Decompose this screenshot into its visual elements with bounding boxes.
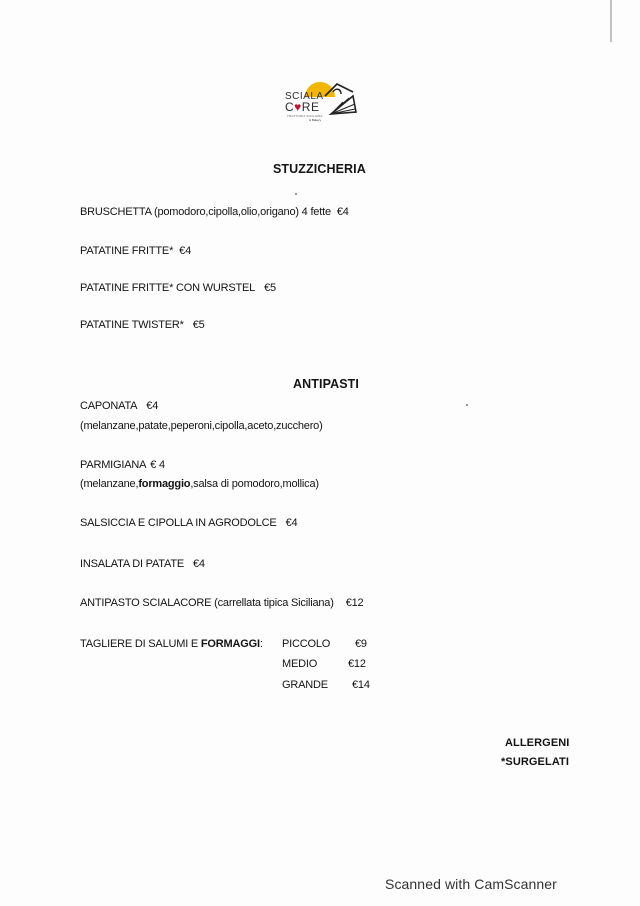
item-price: €4 (146, 400, 158, 412)
item-name: PATATINE TWISTER* (80, 319, 184, 331)
menu-item-salsiccia: SALSICCIA E CIPOLLA IN AGRODOLCE€4 (80, 517, 297, 529)
menu-item-patatine-wurstel: PATATINE FRITTE* CON WURSTEL€5 (80, 282, 276, 294)
restaurant-logo: SCIALA C♥RE TRATTORIA SICILIANA & Bakery (283, 80, 363, 130)
item-price: €5 (193, 319, 205, 331)
menu-item-insalata-patate: INSALATA DI PATATE€4 (80, 558, 205, 570)
allergen-highlight: formaggio (138, 478, 190, 490)
item-price: €4 (193, 558, 205, 570)
item-name: BRUSCHETTA (pomodoro,cipolla,olio,origan… (80, 206, 331, 218)
item-name: PATATINE FRITTE* CON WURSTEL (80, 282, 255, 294)
item-name: INSALATA DI PATATE (80, 558, 184, 570)
item-name: SALSICCIA E CIPOLLA IN AGRODOLCE (80, 517, 277, 529)
logo-letters: RE (302, 100, 320, 114)
speck (295, 193, 297, 195)
caponata-description: (melanzane,patate,peperoni,cipolla,aceto… (80, 420, 323, 432)
item-name: PATATINE FRITTE* (80, 245, 173, 257)
menu-item-bruschetta: BRUSCHETTA (pomodoro,cipolla,olio,origan… (80, 206, 349, 218)
menu-item-patatine-fritte: PATATINE FRITTE*€4 (80, 245, 191, 257)
legend-allergeni: ALLERGENI (505, 737, 569, 749)
item-name: : (260, 638, 263, 650)
logo-letter: C (285, 100, 294, 114)
item-price: €12 (346, 597, 364, 609)
tagliere-size-grande: GRANDE (282, 679, 328, 691)
tagliere-size-medio: MEDIO (282, 658, 317, 670)
parmigiana-description: (melanzane,formaggio,salsa di pomodoro,m… (80, 478, 319, 490)
menu-item-parmigiana: PARMIGIANA€ 4 (80, 459, 165, 471)
tagliere-price-medio: €12 (348, 658, 366, 670)
item-name: TAGLIERE DI SALUMI E (80, 638, 201, 650)
item-price: €5 (264, 282, 276, 294)
allergen-highlight: FORMAGGI (201, 638, 260, 650)
tagliere-price-piccolo: €9 (355, 638, 367, 650)
item-name: PARMIGIANA (80, 459, 146, 471)
scan-edge (610, 0, 612, 42)
camscanner-watermark: Scanned with CamScanner (385, 876, 557, 892)
section-title-stuzzicheria: STUZZICHERIA (273, 162, 366, 176)
desc-text: ,salsa di pomodoro,mollica) (190, 478, 319, 490)
menu-page: SCIALA C♥RE TRATTORIA SICILIANA & Bakery… (0, 0, 640, 906)
item-name: CAPONATA (80, 400, 137, 412)
section-title-antipasti: ANTIPASTI (293, 377, 359, 391)
tagliere-size-piccolo: PICCOLO (282, 638, 330, 650)
logo-sub: & Bakery (309, 118, 321, 122)
item-price: € 4 (150, 459, 165, 471)
menu-item-antipasto-scialacore: ANTIPASTO SCIALACORE (carrellata tipica … (80, 597, 363, 609)
heart-icon: ♥ (294, 100, 302, 114)
item-name: ANTIPASTO SCIALACORE (carrellata tipica … (80, 597, 334, 609)
item-price: €4 (179, 245, 191, 257)
item-price: €4 (286, 517, 298, 529)
menu-item-tagliere: TAGLIERE DI SALUMI E FORMAGGI: (80, 638, 263, 650)
menu-item-caponata: CAPONATA€4 (80, 400, 158, 412)
item-price: €4 (337, 206, 349, 218)
desc-text: (melanzane, (80, 478, 138, 490)
logo-word-core: C♥RE (285, 100, 319, 114)
speck (466, 404, 468, 406)
tagliere-price-grande: €14 (352, 679, 370, 691)
house-fan-icon (323, 82, 359, 116)
menu-item-patatine-twister: PATATINE TWISTER*€5 (80, 319, 205, 331)
legend-surgelati: *SURGELATI (501, 756, 569, 768)
